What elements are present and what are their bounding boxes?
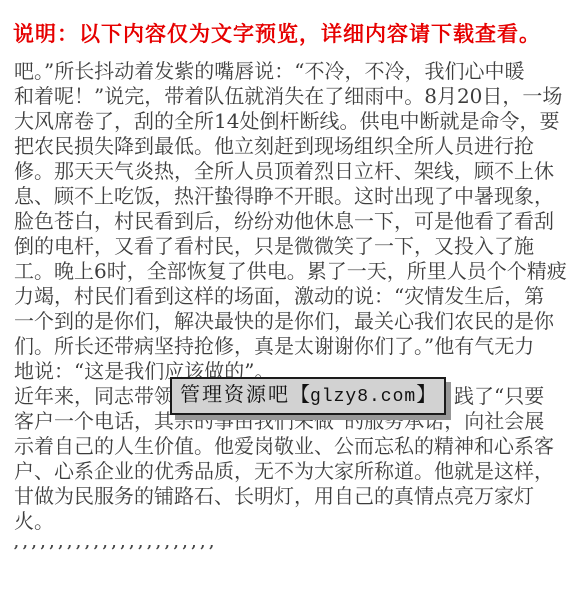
text-line: 把农民损失降到最低。他立刻赶到现场组织全所人员进行抢: [14, 134, 570, 159]
text-line: 甘做为民服务的铺路石、长明灯，用自己的真情点亮万家灯: [14, 484, 570, 509]
text-line: 一个到的是你们，解决最快的是你们，最关心我们农民的是你: [14, 309, 570, 334]
text-line: 力竭，村民们看到这样的场面，激动的说：“灾情发生后，第: [14, 284, 570, 309]
text-line: 工。晚上6时，全部恢复了供电。累了一天，所里人员个个精疲: [14, 259, 570, 284]
text-line: 倒的电杆，又看了看村民，只是微微笑了一下，又投入了施: [14, 234, 570, 259]
text-line: 大风席卷了，刮的全所14处倒杆断线。供电中断就是命令，要: [14, 109, 570, 134]
watermark-bracket-close: 】: [416, 382, 436, 406]
watermark-stamp: 管理资源吧【glzy8.com】: [170, 377, 446, 415]
text-line: 们。所长还带病坚持抢修，真是太谢谢你们了。”他有气无力: [14, 334, 570, 359]
watermark-domain: glzy8.com: [310, 387, 416, 407]
text-line: 修。那天天气炎热，全所人员顶着烈日立杆、架线，顾不上休: [14, 159, 570, 184]
text-line: 息、顾不上吃饭，热汗蛰得睁不开眼。这时出现了中暑现象，: [14, 184, 570, 209]
preview-notice: 说明：以下内容仅为文字预览，详细内容请下载查看。: [13, 18, 541, 48]
document-body: 吧。”所长抖动着发紫的嘴唇说：“不冷，不冷，我们心中暖 和着呢！”说完，带着队伍…: [14, 59, 570, 559]
preview-page: 说明：以下内容仅为文字预览，详细内容请下载查看。 吧。”所长抖动着发紫的嘴唇说：…: [0, 0, 578, 600]
text-line: 火。: [14, 509, 570, 534]
text-line: 吧。”所长抖动着发紫的嘴唇说：“不冷，不冷，我们心中暖: [14, 59, 570, 84]
watermark-line-after: 践了“只要: [454, 384, 544, 408]
ellipsis-row: ,,,,,,,,,,,,,,,,,,,,,,,: [14, 534, 570, 559]
watermark-line-before: 近年来，同志带领: [14, 384, 174, 408]
watermark-bracket-open: 【: [290, 382, 310, 406]
text-line: 和着呢！”说完，带着队伍就消失在了细雨中。8月20日，一场: [14, 84, 570, 109]
text-line: 示着自己的人生价值。他爱岗敬业、公而忘私的精神和心系客: [14, 434, 570, 459]
text-line: 脸色苍白，村民看到后，纷纷劝他休息一下，可是他看了看刮: [14, 209, 570, 234]
text-line: 户、心系企业的优秀品质，无不为大家所称道。他就是这样，: [14, 459, 570, 484]
watermark-site-name: 管理资源吧: [180, 382, 290, 406]
